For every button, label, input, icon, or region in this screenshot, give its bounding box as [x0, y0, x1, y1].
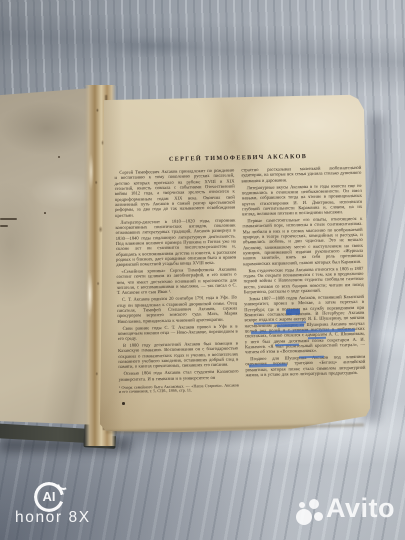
text-column-left: Сергей Тимофеевич Аксаков принадлежит по…: [114, 167, 239, 395]
avito-logo-circle-medium: [309, 499, 319, 509]
avito-wordmark: Avito: [326, 493, 395, 524]
pen-mark-blob: [286, 309, 300, 315]
paragraph: Свои ранние годы С. Т. Аксаков провел в …: [118, 323, 238, 341]
camera-model-label: honor 8X: [15, 509, 91, 527]
paragraph: Осенью 1804 года Аксаков стал студентом …: [118, 369, 238, 382]
paragraph: Первые самостоятельные его опыты, относя…: [242, 216, 363, 266]
paragraph: Как студенческие годы Аксакова относятся…: [243, 265, 364, 294]
page-speck: [44, 212, 46, 214]
paragraph: С. Т. Аксаков родился 20 сентября 1791 г…: [117, 295, 238, 324]
avito-logo-circle-tiny: [299, 502, 305, 508]
paragraph: Сергей Тимофеевич Аксаков принадлежит по…: [114, 167, 235, 217]
ai-logo-text: AI: [34, 482, 64, 512]
edge-text-mark: [0, 225, 8, 227]
paragraph: Литературные вкусы Аксакова в те годы юн…: [242, 182, 363, 216]
photo-of-open-book: СЕРГЕЙ ТИМОФЕЕВИЧ АКСАКОВ Сергей Тимофее…: [0, 0, 405, 540]
page-speck: [58, 156, 60, 158]
avito-logo-circle-large: [296, 509, 312, 525]
paragraph: Литератор-дилетант в 1810—1820 годы, сто…: [115, 217, 236, 267]
footnote-dot: [122, 402, 125, 405]
avito-logo-circle-small: [314, 512, 323, 521]
page-content: СЕРГЕЙ ТИМОФЕЕВИЧ АКСАКОВ Сергей Тимофее…: [114, 152, 367, 395]
paragraph: В 1800 году десятилетний Аксаков был пом…: [118, 341, 239, 370]
text-column-right: страстно рассказывал маленькой любознате…: [241, 165, 366, 393]
text-columns: Сергей Тимофеевич Аксаков принадлежит по…: [114, 165, 367, 395]
edge-text-mark: [0, 218, 17, 220]
paragraph: страстно рассказывал маленькой любознате…: [241, 165, 361, 183]
paragraph: «Семейная хроника» Сергея Тимофеевича Ак…: [116, 267, 237, 296]
